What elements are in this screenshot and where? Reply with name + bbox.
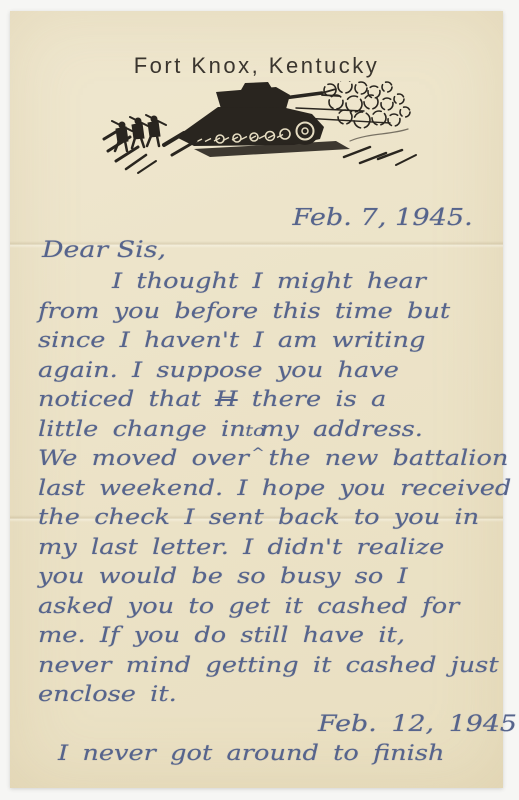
letter-line-with-insertion: We moved overto^the new battalion (38, 444, 519, 474)
struck-word: H (215, 387, 237, 411)
insertion-mark: to^ (249, 444, 269, 465)
letter-line: the check I sent back to you in (38, 503, 519, 533)
tank-illustration (98, 81, 428, 181)
letter-line: again. I suppose you have (38, 356, 519, 386)
strike-line-before: noticed that (38, 387, 215, 411)
letter-line: you would be so busy so I (38, 562, 519, 592)
insert-line-after: the new battalion (268, 446, 508, 470)
inserted-word: to (245, 423, 265, 439)
letter-line: I thought I might hear (112, 267, 519, 297)
letter-line: me. If you do still have it, (38, 621, 519, 651)
letter-line: since I haven't I am writing (38, 326, 519, 356)
letter-line: never mind getting it cashed just (38, 651, 519, 681)
letter-line: little change in my address. (38, 415, 519, 445)
letter-line: enclose it. (38, 680, 519, 710)
tank-hull (176, 107, 324, 146)
letter-line-with-strikeout: noticed that H there is a (38, 385, 519, 415)
caret-icon: ^ (251, 447, 264, 460)
gun-smoke-puffs (324, 81, 410, 128)
letter-paper: Fort Knox, Kentucky (10, 11, 503, 788)
infantry-figures (112, 115, 166, 151)
letter-line: asked you to get it cashed for (38, 592, 519, 622)
letter-line: last weekend. I hope you received (38, 474, 519, 504)
scanned-letter: Fort Knox, Kentucky (0, 0, 519, 800)
letter-date-first: Feb. 7, 1945. (293, 205, 473, 231)
insert-line-before: We moved over (38, 446, 249, 470)
letter-salutation: Dear Sis, (42, 238, 166, 263)
strike-line-after: there is a (238, 387, 387, 411)
letter-line: I never got around to finish (58, 739, 519, 769)
letter-date-second: Feb. 12, 1945 (318, 710, 519, 740)
letter-body: I thought I might hear from you before t… (38, 267, 500, 769)
letter-line: my last letter. I didn't realize (38, 533, 519, 563)
letterhead-title: Fort Knox, Kentucky (10, 53, 503, 79)
letter-line: from you before this time but (38, 297, 519, 327)
